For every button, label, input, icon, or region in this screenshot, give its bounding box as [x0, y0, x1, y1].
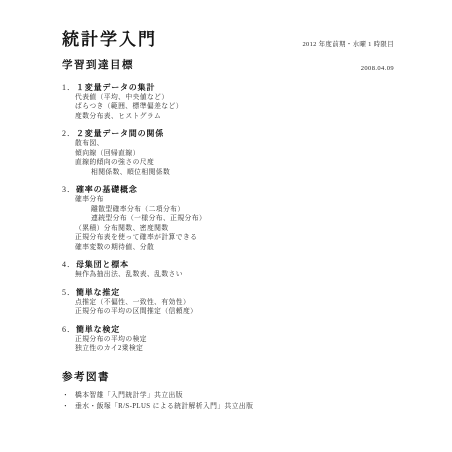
section-number: 2． — [62, 129, 76, 139]
outline-section-1: 1．１変量データの集計 代表値（平均、中央値など） ばらつき（範囲、標準偏差など… — [62, 83, 394, 122]
course-term: 2012 年度前期・水曜 1 時限目 — [302, 39, 394, 48]
page-title: 統計学入門 — [62, 30, 157, 50]
section-heading: 3．確率の基礎概念 — [62, 185, 394, 195]
reference-item: ・橋本智雄「入門統計学」共立出版 — [62, 390, 394, 401]
section-title: ２変量データ間の関係 — [76, 129, 164, 138]
header-row: 統計学入門 2012 年度前期・水曜 1 時限目 — [62, 30, 394, 50]
outline-item: 確率分布 — [62, 195, 394, 205]
outline-item: 正規分布の平均の検定 — [62, 335, 394, 345]
syllabus-outline: 1．１変量データの集計 代表値（平均、中央値など） ばらつき（範囲、標準偏差など… — [62, 83, 394, 354]
section-title: １変量データの集計 — [76, 83, 155, 92]
section-number: 6． — [62, 325, 76, 335]
outline-item: 離散型確率分布（二項分布） — [62, 205, 394, 215]
section-heading: 4．母集団と標本 — [62, 260, 394, 270]
reference-text: 垂水・飯塚「R/S-PLUS による統計解析入門」共立出版 — [75, 401, 253, 412]
section-number: 5． — [62, 288, 76, 298]
section-number: 3． — [62, 185, 76, 195]
goals-heading: 学習到達目標 — [62, 57, 134, 72]
document-page: 統計学入門 2012 年度前期・水曜 1 時限目 学習到達目標 2008.04.… — [0, 0, 452, 452]
bullet-icon: ・ — [62, 401, 75, 412]
outline-item: 傾向線（回帰直線） — [62, 149, 394, 159]
section-title: 確率の基礎概念 — [76, 185, 138, 194]
reference-item: ・垂水・飯塚「R/S-PLUS による統計解析入門」共立出版 — [62, 401, 394, 412]
outline-item: ばらつき（範囲、標準偏差など） — [62, 102, 394, 112]
outline-item: （累積）分布関数、密度関数 — [62, 224, 394, 234]
section-number: 4． — [62, 260, 76, 270]
section-title: 簡単な推定 — [76, 288, 120, 297]
references-heading: 参考図書 — [62, 369, 394, 384]
section-heading: 1．１変量データの集計 — [62, 83, 394, 93]
lecture-date: 2008.04.09 — [361, 65, 394, 72]
section-number: 1． — [62, 83, 76, 93]
section-heading: 5．簡単な推定 — [62, 288, 394, 298]
outline-item: 無作為抽出法、乱数表、乱数さい — [62, 270, 394, 280]
bullet-icon: ・ — [62, 390, 75, 401]
outline-item: 度数分布表、ヒストグラム — [62, 112, 394, 122]
page-content: 統計学入門 2012 年度前期・水曜 1 時限目 学習到達目標 2008.04.… — [62, 30, 394, 412]
reference-list: ・橋本智雄「入門統計学」共立出版 ・垂水・飯塚「R/S-PLUS による統計解析… — [62, 390, 394, 412]
section-title: 母集団と標本 — [76, 260, 129, 269]
outline-item: 正規分布表を使って確率が計算できる — [62, 233, 394, 243]
section-heading: 6．簡単な検定 — [62, 325, 394, 335]
outline-item: 独立性のカイ2乗検定 — [62, 344, 394, 354]
outline-item: 相関係数、順位相関係数 — [62, 168, 394, 178]
section-heading: 2．２変量データ間の関係 — [62, 129, 394, 139]
outline-item: 散布図、 — [62, 139, 394, 149]
outline-item: 直線的傾向の強さの尺度 — [62, 158, 394, 168]
outline-section-3: 3．確率の基礎概念 確率分布 離散型確率分布（二項分布） 連続型分布（一様分布、… — [62, 185, 394, 252]
outline-item: 連続型分布（一様分布、正規分布） — [62, 214, 394, 224]
outline-section-2: 2．２変量データ間の関係 散布図、 傾向線（回帰直線） 直線的傾向の強さの尺度 … — [62, 129, 394, 177]
outline-section-4: 4．母集団と標本 無作為抽出法、乱数表、乱数さい — [62, 260, 394, 280]
outline-item: 確率変数の期待値、分散 — [62, 243, 394, 253]
outline-item: 正規分布の平均の区間推定（信頼度） — [62, 307, 394, 317]
outline-item: 代表値（平均、中央値など） — [62, 93, 394, 103]
reference-text: 橋本智雄「入門統計学」共立出版 — [75, 390, 183, 401]
outline-section-5: 5．簡単な推定 点推定（不偏性、一致性、有効性） 正規分布の平均の区間推定（信頼… — [62, 288, 394, 317]
outline-section-6: 6．簡単な検定 正規分布の平均の検定 独立性のカイ2乗検定 — [62, 325, 394, 354]
goals-row: 学習到達目標 2008.04.09 — [62, 57, 394, 72]
outline-item: 点推定（不偏性、一致性、有効性） — [62, 298, 394, 308]
section-title: 簡単な検定 — [76, 325, 120, 334]
